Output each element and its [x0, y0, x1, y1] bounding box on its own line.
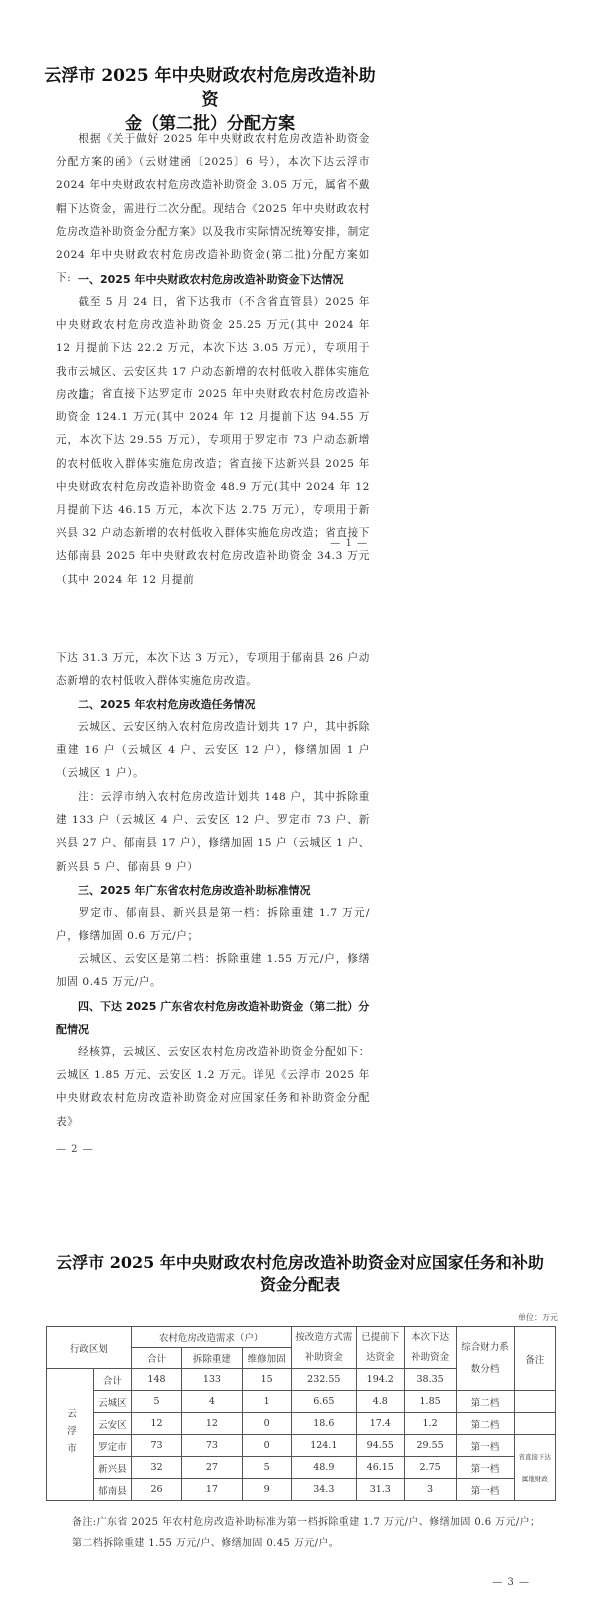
cell-tier: 第二档	[456, 1413, 514, 1435]
cell-current: 2.75	[404, 1457, 456, 1479]
table-row-luoding: 罗定市 73 73 0 124.1 94.55 29.55 第一档 省直接下达属…	[47, 1435, 556, 1457]
section-3-text-1: 罗定市、郁南县、新兴县是第一档：拆除重建 1.7 万元/户，修缮加固 0.6 万…	[56, 907, 370, 942]
cell-total: 73	[131, 1435, 181, 1457]
header-region: 行政区划	[47, 1327, 132, 1369]
row-name: 郁南县	[94, 1479, 132, 1501]
page-number-3: — 3 —	[492, 1577, 530, 1588]
row-name: 新兴县	[94, 1457, 132, 1479]
cell-current: 1.85	[404, 1391, 456, 1413]
row-name: 云安区	[94, 1413, 132, 1435]
header-current-funds: 本次下达补助资金	[404, 1327, 456, 1369]
section-1-note: 注：省直接下达罗定市 2025 年中央财政农村危房改造补助资金 124.1 万元…	[56, 383, 370, 592]
cell-tier: 第一档	[456, 1435, 514, 1457]
header-advanced-funds: 已提前下达资金	[357, 1327, 405, 1369]
cell-rebuild: 27	[182, 1457, 242, 1479]
intro-paragraph: 根据《关于做好 2025 年中央财政农村危房改造补助资金分配方案的函》（云财建函…	[56, 128, 370, 290]
section-3-heading-text: 三、2025 年广东省农村危房改造补助标准情况	[78, 884, 310, 897]
header-remark: 备注	[514, 1327, 556, 1391]
cell-tier: 第二档	[456, 1391, 514, 1413]
header-repair: 维修加固	[242, 1348, 291, 1369]
cell-repair: 15	[242, 1369, 291, 1391]
section-2-paragraph: 云城区、云安区纳入农村危房改造计划共 17 户，其中拆除重建 16 户（云城区 …	[56, 716, 370, 786]
section-1-heading: 一、2025 年中央财政农村危房改造补助资金下达情况	[56, 268, 370, 291]
table-title: 云浮市 2025 年中央财政农村危房改造补助资金对应国家任务和补助 资金分配表	[40, 1252, 560, 1296]
cell-rebuild: 12	[182, 1413, 242, 1435]
cell-current: 3	[404, 1479, 456, 1501]
cell-advanced: 46.15	[357, 1457, 405, 1479]
header-total: 合计	[131, 1348, 181, 1369]
cell-required: 6.65	[291, 1391, 356, 1413]
table-footnote: 备注:广东省 2025 年农村危房改造补助标准为第一档拆除重建 1.7 万元/户…	[72, 1512, 542, 1554]
city-cell: 云浮市	[47, 1369, 94, 1501]
section-1-note-continued-text: 下达 31.3 万元，本次下达 3 万元），专项用于郁南县 26 户动态新增的农…	[56, 652, 370, 687]
page-number-1: — 1 —	[330, 538, 368, 549]
cell-total: 32	[131, 1457, 181, 1479]
header-required-funds: 按改造方式需补助资金	[291, 1327, 356, 1369]
document-title: 云浮市 2025 年中央财政农村危房改造补助资 金（第二批）分配方案	[40, 64, 380, 136]
cell-total: 148	[131, 1369, 181, 1391]
section-3-paragraph-1: 罗定市、郁南县、新兴县是第一档：拆除重建 1.7 万元/户，修缮加固 0.6 万…	[56, 902, 370, 948]
section-2-heading: 二、2025 年农村危房改造任务情况	[56, 693, 370, 716]
section-3-text-2: 云城区、云安区是第二档：拆除重建 1.55 万元/户，修缮加固 0.45 万元/…	[56, 953, 370, 988]
row-name: 合计	[94, 1369, 132, 1391]
section-2-note: 注：云浮市纳入农村危房改造计划共 148 户，其中拆除重建 133 户（云城区 …	[56, 786, 370, 879]
cell-advanced: 194.2	[357, 1369, 405, 1391]
header-demand-group: 农村危房改造需求（户）	[131, 1327, 291, 1348]
row-name: 云城区	[94, 1391, 132, 1413]
header-tier: 综合财力系数分档	[456, 1327, 514, 1391]
cell-total: 12	[131, 1413, 181, 1435]
cell-total: 26	[131, 1479, 181, 1501]
cell-tier: 第一档	[456, 1479, 514, 1501]
allocation-table: 行政区划 农村危房改造需求（户） 按改造方式需补助资金 已提前下达资金 本次下达…	[46, 1326, 556, 1501]
cell-current: 38.35	[404, 1369, 456, 1391]
table-header-row-1: 行政区划 农村危房改造需求（户） 按改造方式需补助资金 已提前下达资金 本次下达…	[47, 1327, 556, 1348]
section-4-heading-line-2: 配情况	[56, 1018, 370, 1041]
section-1-note-continued: 下达 31.3 万元，本次下达 3 万元），专项用于郁南县 26 户动态新增的农…	[56, 647, 370, 693]
cell-required: 18.6	[291, 1413, 356, 1435]
section-4-heading: 四、下达 2025 广东省农村危房改造补助资金（第二批）分 配情况	[56, 995, 370, 1041]
cell-advanced: 4.8	[357, 1391, 405, 1413]
cell-required: 232.55	[291, 1369, 356, 1391]
cell-repair: 0	[242, 1435, 291, 1457]
section-3-paragraph-2: 云城区、云安区是第二档：拆除重建 1.55 万元/户，修缮加固 0.45 万元/…	[56, 948, 370, 994]
section-1-note-text: 注：省直接下达罗定市 2025 年中央财政农村危房改造补助资金 124.1 万元…	[56, 388, 370, 586]
unit-label: 单位：万元	[518, 1312, 558, 1323]
page-number-2: — 2 —	[56, 1144, 94, 1155]
cell-remark	[514, 1391, 556, 1413]
section-2-text: 云城区、云安区纳入农村危房改造计划共 17 户，其中拆除重建 16 户（云城区 …	[56, 721, 370, 779]
cell-required: 124.1	[291, 1435, 356, 1457]
table-row-yunan-county: 郁南县 26 17 9 34.3 31.3 3 第一档	[47, 1479, 556, 1501]
section-4-text: 经核算，云城区、云安区农村危房改造补助资金分配如下：云城区 1.85 万元、云安…	[56, 1046, 370, 1128]
table-row-xinxing: 新兴县 32 27 5 48.9 46.15 2.75 第一档	[47, 1457, 556, 1479]
table-title-line-1: 云浮市 2025 年中央财政农村危房改造补助资金对应国家任务和补助	[40, 1252, 560, 1274]
cell-repair: 9	[242, 1479, 291, 1501]
cell-repair: 1	[242, 1391, 291, 1413]
cell-advanced: 31.3	[357, 1479, 405, 1501]
section-1-heading-text: 一、2025 年中央财政农村危房改造补助资金下达情况	[78, 273, 343, 286]
section-4-paragraph: 经核算，云城区、云安区农村危房改造补助资金分配如下：云城区 1.85 万元、云安…	[56, 1041, 370, 1134]
cell-current: 29.55	[404, 1435, 456, 1457]
title-line-1: 云浮市 2025 年中央财政农村危房改造补助资	[40, 64, 380, 112]
cell-total: 5	[131, 1391, 181, 1413]
section-2-note-text: 注：云浮市纳入农村危房改造计划共 148 户，其中拆除重建 133 户（云城区 …	[56, 791, 370, 873]
cell-remark-direct: 省直接下达属地财政	[514, 1435, 556, 1501]
intro-text: 根据《关于做好 2025 年中央财政农村危房改造补助资金分配方案的函》（云财建函…	[56, 133, 370, 284]
cell-required: 34.3	[291, 1479, 356, 1501]
cell-tier: 第一档	[456, 1457, 514, 1479]
cell-required: 48.9	[291, 1457, 356, 1479]
cell-repair: 0	[242, 1413, 291, 1435]
section-4-heading-line-1: 四、下达 2025 广东省农村危房改造补助资金（第二批）分	[78, 1000, 369, 1013]
section-2-heading-text: 二、2025 年农村危房改造任务情况	[78, 698, 255, 711]
cell-rebuild: 73	[182, 1435, 242, 1457]
cell-remark	[514, 1413, 556, 1435]
cell-advanced: 94.55	[357, 1435, 405, 1457]
cell-current: 1.2	[404, 1413, 456, 1435]
cell-rebuild: 17	[182, 1479, 242, 1501]
cell-rebuild: 133	[182, 1369, 242, 1391]
section-3-heading: 三、2025 年广东省农村危房改造补助标准情况	[56, 879, 370, 902]
cell-rebuild: 4	[182, 1391, 242, 1413]
table-title-line-2: 资金分配表	[40, 1274, 560, 1296]
table-row-yunan: 云安区 12 12 0 18.6 17.4 1.2 第二档	[47, 1413, 556, 1435]
header-rebuild: 拆除重建	[182, 1348, 242, 1369]
cell-repair: 5	[242, 1457, 291, 1479]
cell-advanced: 17.4	[357, 1413, 405, 1435]
row-name: 罗定市	[94, 1435, 132, 1457]
table-row-yuncheng: 云城区 5 4 1 6.65 4.8 1.85 第二档	[47, 1391, 556, 1413]
